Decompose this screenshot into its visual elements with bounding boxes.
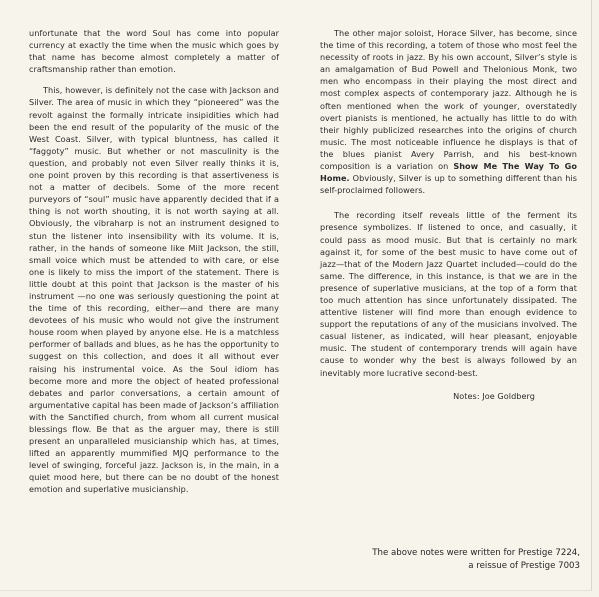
reissue-note-line1: The above notes were written for Prestig… — [312, 547, 580, 560]
left-column: unfortunate that the word Soul has come … — [29, 27, 279, 505]
author-credit: Notes: Joe Goldberg — [320, 390, 577, 402]
right-column: The other major soloist, Horace Silver, … — [320, 27, 577, 415]
reissue-note: The above notes were written for Prestig… — [312, 547, 580, 572]
reissue-note-line2: a reissue of Prestige 7003 — [312, 560, 580, 573]
paragraph: unfortunate that the word Soul has come … — [29, 27, 279, 75]
paragraph-recording: The recording itself reveals little of t… — [320, 209, 577, 378]
text: Obviously, Silver is up to something dif… — [320, 173, 577, 195]
text: The other major soloist, Horace Silver, … — [320, 28, 577, 171]
liner-notes-page: unfortunate that the word Soul has come … — [0, 0, 592, 591]
paragraph-silver: The other major soloist, Horace Silver, … — [320, 27, 577, 196]
paragraph: This, however, is definitely not the cas… — [29, 84, 279, 495]
